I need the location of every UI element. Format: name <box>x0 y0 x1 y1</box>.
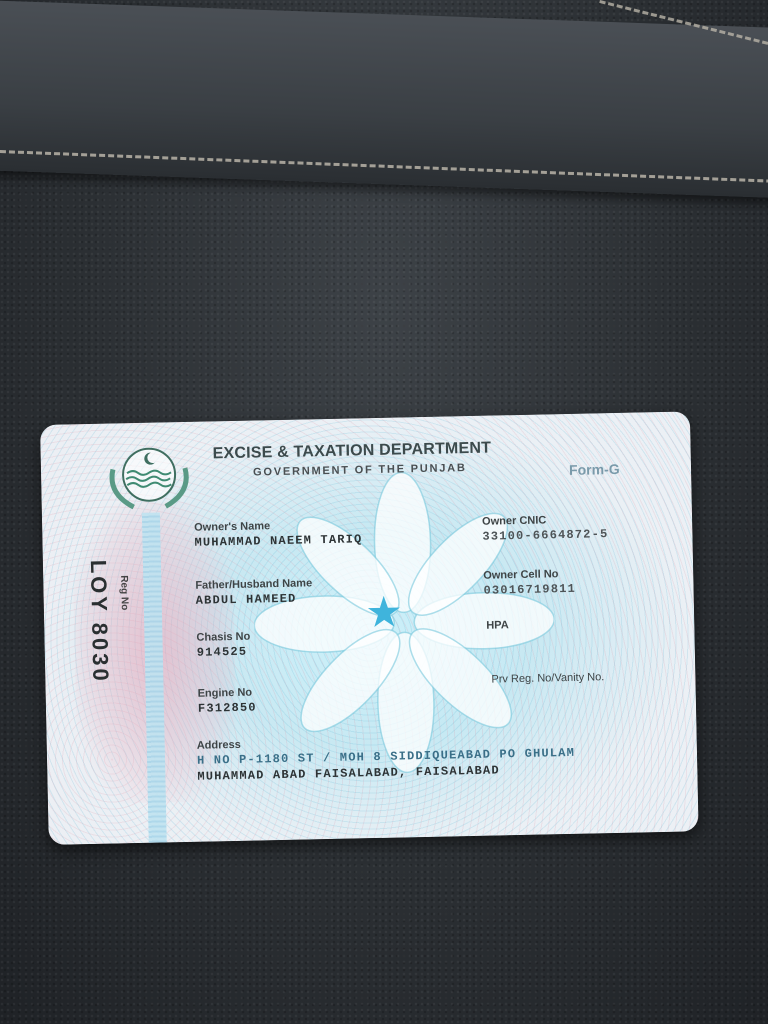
owner-cnic-value: 33100-6664872-5 <box>482 527 608 544</box>
engine-no-value: F312850 <box>198 701 257 716</box>
reg-no-value: LOY 8030 <box>85 560 114 684</box>
owner-cell-value: 03016719811 <box>483 582 576 598</box>
address-label: Address <box>197 739 241 752</box>
vehicle-registration-card: EXCISE & TAXATION DEPARTMENT GOVERNMENT … <box>40 411 699 845</box>
chassis-no-value: 914525 <box>197 645 248 660</box>
punjab-emblem-icon <box>98 438 200 520</box>
chassis-no-label: Chasis No <box>196 631 250 644</box>
prv-reg-label: Prv Reg. No/Vanity No. <box>491 671 604 685</box>
flower-crescent-watermark-icon <box>251 454 558 790</box>
owner-cell-label: Owner Cell No <box>483 568 558 582</box>
father-name-value: ABDUL HAMEED <box>196 592 297 608</box>
owner-cnic-label: Owner CNIC <box>482 514 546 527</box>
seat-seam-band <box>0 0 768 199</box>
hpa-label: HPA <box>486 619 509 631</box>
father-name-label: Father/Husband Name <box>195 577 312 591</box>
owner-name-label: Owner's Name <box>194 520 270 534</box>
reg-no-label: Reg No <box>118 575 130 610</box>
form-label: Form-G <box>569 461 620 478</box>
engine-no-label: Engine No <box>198 687 253 700</box>
